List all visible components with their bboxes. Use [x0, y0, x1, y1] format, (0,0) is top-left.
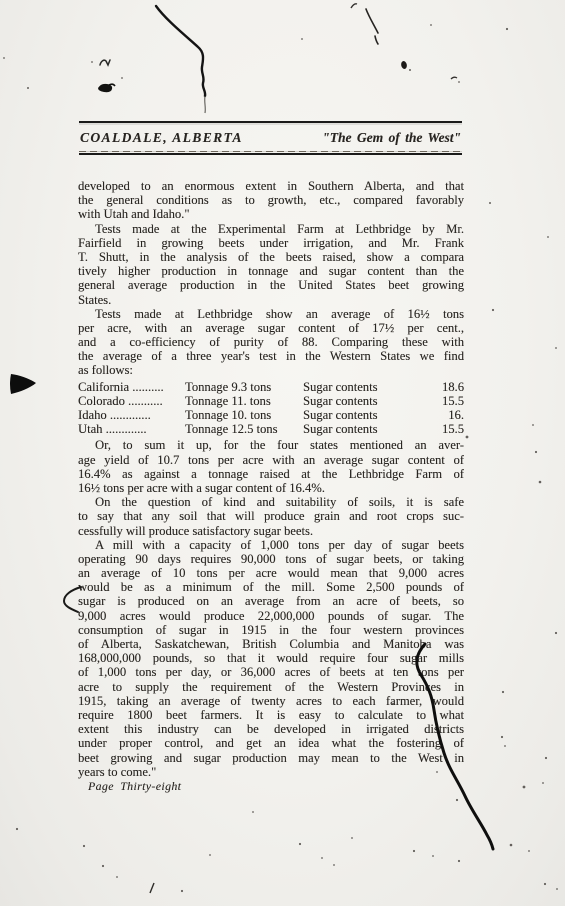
scratch-top-right-3: [451, 77, 457, 79]
text-line: extent this industry can be developed in…: [78, 722, 464, 736]
text-line: 16.4% as against a tonnage raised at the…: [78, 467, 464, 481]
paragraph: Or, to sum it up, for the four states me…: [78, 438, 464, 495]
text-line: to say that any soil that will produce g…: [78, 509, 464, 523]
table-row: Utah .............Tonnage 12.5 tonsSugar…: [78, 422, 464, 436]
text-line: States.: [78, 293, 464, 307]
text-line: Tests made at Lethbridge show an average…: [78, 307, 464, 321]
table-row: Colorado ...........Tonnage 11. tonsSuga…: [78, 394, 464, 408]
text-line: of Alberta, Saskatchewan, British Columb…: [78, 637, 464, 651]
state-cell: California ..........: [78, 380, 185, 394]
table-row: California ..........Tonnage 9.3 tonsSug…: [78, 380, 464, 394]
ink-blot-top-left: [98, 84, 112, 92]
paragraph: On the question of kind and suitability …: [78, 495, 464, 538]
text-line: general average production in the United…: [78, 278, 464, 292]
text-line: On the question of kind and suitability …: [78, 495, 464, 509]
paragraph: Tests made at Lethbridge show an average…: [78, 307, 464, 378]
text-line: beet growing and sugar production may me…: [78, 751, 464, 765]
text-line: of 1,000 tons per day, or 36,000 acres o…: [78, 665, 464, 679]
state-comparison-table: California ..........Tonnage 9.3 tonsSug…: [78, 380, 464, 437]
text-line: Fairfield in growing beets under irrigat…: [78, 236, 464, 250]
text-line: as follows:: [78, 363, 464, 377]
paragraph: developed to an enormous extent in South…: [78, 179, 464, 222]
text-line: under proper control, and get an idea wh…: [78, 736, 464, 750]
state-cell: Colorado ...........: [78, 394, 185, 408]
text-line: per acre, with an average sugar content …: [78, 321, 464, 335]
text-line: would be as a minimum of the mill. Some …: [78, 580, 464, 594]
paragraph: Tests made at the Experimental Farm at L…: [78, 222, 464, 307]
text-line: 16½ tons per acre with a sugar content o…: [78, 481, 464, 495]
tonnage-cell: Tonnage 11. tons: [185, 394, 303, 408]
sugar-label: Sugar contents: [303, 408, 378, 422]
text-line: operating 90 days requires 90,000 tons o…: [78, 552, 464, 566]
text-line: and a co-efficiency of purity of 88. Com…: [78, 335, 464, 349]
text-line: A mill with a capacity of 1,000 tons per…: [78, 538, 464, 552]
journal-title: COALDALE, ALBERTA: [80, 130, 243, 146]
table-row: Idaho .............Tonnage 10. tonsSugar…: [78, 408, 464, 422]
page-number-label: Page Thirty-eight: [88, 779, 181, 794]
scratch-bottom-left: [150, 883, 154, 893]
state-cell: Utah .............: [78, 422, 185, 436]
text-line: acre to supply the requirement of the We…: [78, 680, 464, 694]
margin-arrow-annotation: [10, 374, 36, 394]
sugar-value: 15.5: [442, 394, 464, 408]
pencil-mark-top-left: [100, 60, 110, 65]
scan-hair-top: [156, 6, 205, 96]
text-line: 168,000,000 pounds, so that it would req…: [78, 651, 464, 665]
text-line: Tests made at the Experimental Farm at L…: [78, 222, 464, 236]
sugar-cell: Sugar contents16.: [303, 408, 464, 422]
text-line: sugar is produced on an average from an …: [78, 594, 464, 608]
state-cell: Idaho .............: [78, 408, 185, 422]
text-line: cessfully will produce satisfactory suga…: [78, 524, 464, 538]
sugar-label: Sugar contents: [303, 422, 378, 436]
text-line: age yield of 10.7 tons per acre with an …: [78, 453, 464, 467]
sugar-cell: Sugar contents15.5: [303, 422, 464, 436]
scratch-top-right-1: [351, 4, 357, 8]
sugar-label: Sugar contents: [303, 380, 378, 394]
sugar-cell: Sugar contents18.6: [303, 380, 464, 394]
body-text: developed to an enormous extent in South…: [78, 179, 464, 779]
tonnage-cell: Tonnage 10. tons: [185, 408, 303, 422]
paragraph: A mill with a capacity of 1,000 tons per…: [78, 538, 464, 779]
text-line: require 1800 beet farmers. It is easy to…: [78, 708, 464, 722]
tonnage-cell: Tonnage 9.3 tons: [185, 380, 303, 394]
sugar-cell: Sugar contents15.5: [303, 394, 464, 408]
scanned-page: COALDALE, ALBERTA "The Gem of the West" …: [0, 0, 565, 906]
text-line: Or, to sum it up, for the four states me…: [78, 438, 464, 452]
text-line: 1915, taking an average of twenty acres …: [78, 694, 464, 708]
ink-spot-top-right: [400, 61, 407, 70]
text-line: the average of a three year's test in th…: [78, 349, 464, 363]
page-header: COALDALE, ALBERTA "The Gem of the West": [79, 121, 462, 155]
text-line: the general conditions as to growth, etc…: [78, 193, 464, 207]
tonnage-cell: Tonnage 12.5 tons: [185, 422, 303, 436]
text-line: developed to an enormous extent in South…: [78, 179, 464, 193]
text-line: years to come.": [78, 765, 464, 779]
scratch-top-right-2: [366, 9, 378, 44]
journal-motto: "The Gem of the West": [322, 130, 461, 146]
text-line: an average of 10 tons per acre would mea…: [78, 566, 464, 580]
text-line: with Utah and Idaho.": [78, 207, 464, 221]
sugar-value: 15.5: [442, 422, 464, 436]
scan-hair-top-tail: [205, 96, 206, 113]
sugar-label: Sugar contents: [303, 394, 378, 408]
text-line: T. Shutt, in the analysis of the beets r…: [78, 250, 464, 264]
sugar-value: 16.: [448, 408, 464, 422]
ink-blot-tail: [109, 84, 115, 86]
header-bottom-rule: [79, 151, 462, 155]
text-line: consumption of sugar in 1915 in the four…: [78, 623, 464, 637]
sugar-value: 18.6: [442, 380, 464, 394]
text-line: tively higher production in tonnage and …: [78, 264, 464, 278]
text-line: 9,000 acres would produce 22,000,000 pou…: [78, 609, 464, 623]
